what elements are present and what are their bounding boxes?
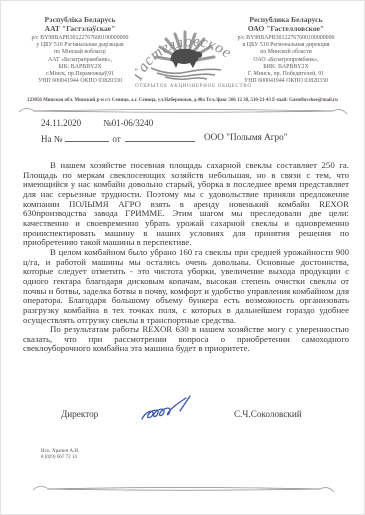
bank-name-line: ОАО «Белагропромбанк»,: [216, 57, 356, 64]
country-name-by: Рэспубліка Беларусь: [15, 15, 145, 24]
signature-block: Директор С.Ч.Соколовский: [1, 401, 364, 435]
unp-okpo-line: УНП 600041944 ОКПО 03820330: [216, 78, 356, 85]
bank-name-line: ААТ «Белаграпрамбанк»,: [15, 57, 145, 64]
company-address-line: 223056 Минская обл. Минский р-н с/с Сени…: [1, 98, 364, 103]
letter-page: Рэспубліка Беларусь ААТ "Гастэлаўскае" р…: [0, 0, 365, 515]
country-name-ru: Республика Беларусь: [216, 15, 356, 24]
bank-address-line: г.Мінск, пр.Пераможцаў,91: [15, 71, 145, 78]
ref-row: 24.11.2020№01-06/3240: [41, 118, 153, 128]
account-line: р/с BY98BAPB30122767600100000000: [216, 35, 356, 42]
account-line: р/с BY98BAPB30122767600100000000: [15, 35, 145, 42]
region-line: по Мінскай вобласці: [15, 49, 145, 56]
paragraph-intro: В нашем хозяйстве посевная площадь сахар…: [23, 161, 349, 248]
bottom-divider-ornament: [31, 482, 336, 496]
company-name-by: ААТ "Гастэлаўскае": [15, 24, 145, 33]
company-name-ru: ОАО "Гастелловское": [216, 24, 356, 33]
header-left-requisites: Рэспубліка Беларусь ААТ "Гастэлаўскае" р…: [15, 15, 145, 85]
top-divider-ornament: [17, 104, 349, 118]
executor-footer: Исп. Хранич А.И. 8 (029) 667 72 14: [41, 449, 79, 461]
unp-okpo-line: УНП 600041944 ОКПО 03820330: [15, 78, 145, 85]
reply-number-blank: [65, 133, 109, 142]
from-label: от: [112, 134, 120, 144]
field-strokes: [151, 68, 221, 79]
header-right-requisites: Республика Беларусь ОАО "Гастелловское" …: [216, 15, 356, 85]
bic-line: БІК: BAPBBY2X: [15, 64, 145, 71]
region-line: по Минской области: [216, 49, 356, 56]
signer-role: Директор: [61, 409, 98, 419]
bic-line: БИК: BAPBBY2X: [216, 64, 356, 71]
reply-date-blank: [125, 133, 195, 142]
executor-phone: 8 (029) 667 72 14: [41, 455, 79, 461]
paragraph-conclusion: По результатам работы REXOR 630 в нашем …: [23, 325, 349, 354]
paragraph-results: В целом комбайном было убрано 160 га све…: [23, 248, 349, 325]
on-number-label: На №: [41, 134, 62, 144]
signature-scribble: [136, 393, 206, 427]
bank-address-line: Г. Минск, пр. Победителей, 91: [216, 71, 356, 78]
letter-date: 24.11.2020: [41, 118, 81, 128]
letter-body: В нашем хозяйстве посевная площадь сахар…: [23, 161, 349, 354]
signer-name: С.Ч.Соколовский: [234, 409, 302, 419]
recipient-name: ООО "Полымя Агро": [204, 132, 288, 142]
reply-to-row: На №от: [41, 133, 195, 144]
letter-number: №01-06/3240: [103, 118, 153, 128]
